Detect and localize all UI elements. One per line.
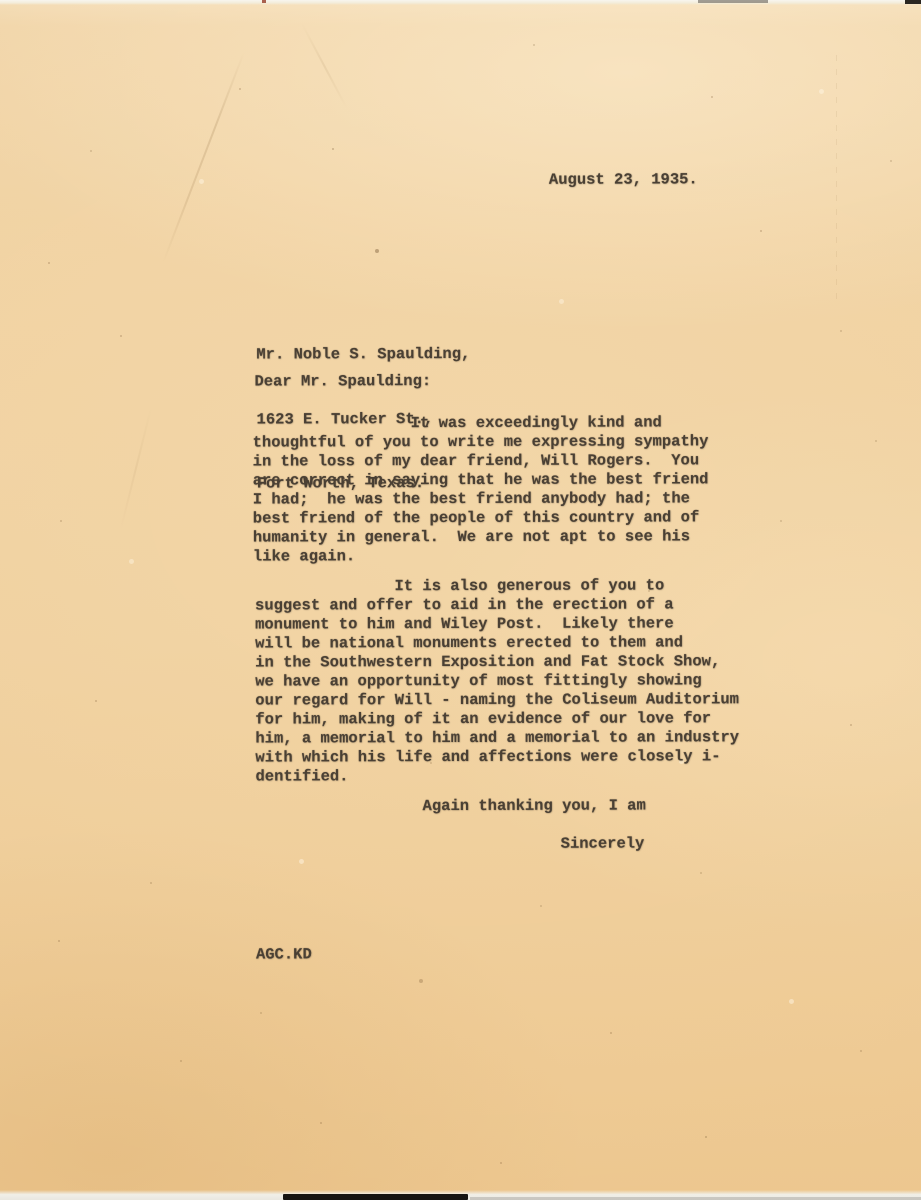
salutation: Dear Mr. Spaulding: (254, 372, 431, 391)
body-paragraph-2: It is also generous of you to suggest an… (255, 576, 739, 786)
scanned-letter-page: August 23, 1935. Mr. Noble S. Spaulding,… (0, 0, 921, 1200)
typist-initials: AGC.KD (256, 945, 312, 964)
letter-content: August 23, 1935. Mr. Noble S. Spaulding,… (0, 0, 921, 1200)
letter-date: August 23, 1935. (549, 170, 698, 189)
recipient-name: Mr. Noble S. Spaulding, (256, 344, 470, 366)
pre-closing-line: Again thanking you, I am (423, 797, 646, 817)
body-paragraph-1: It was exceedingly kind and thoughtful o… (253, 413, 709, 566)
closing-sincerely: Sincerely (561, 835, 645, 854)
